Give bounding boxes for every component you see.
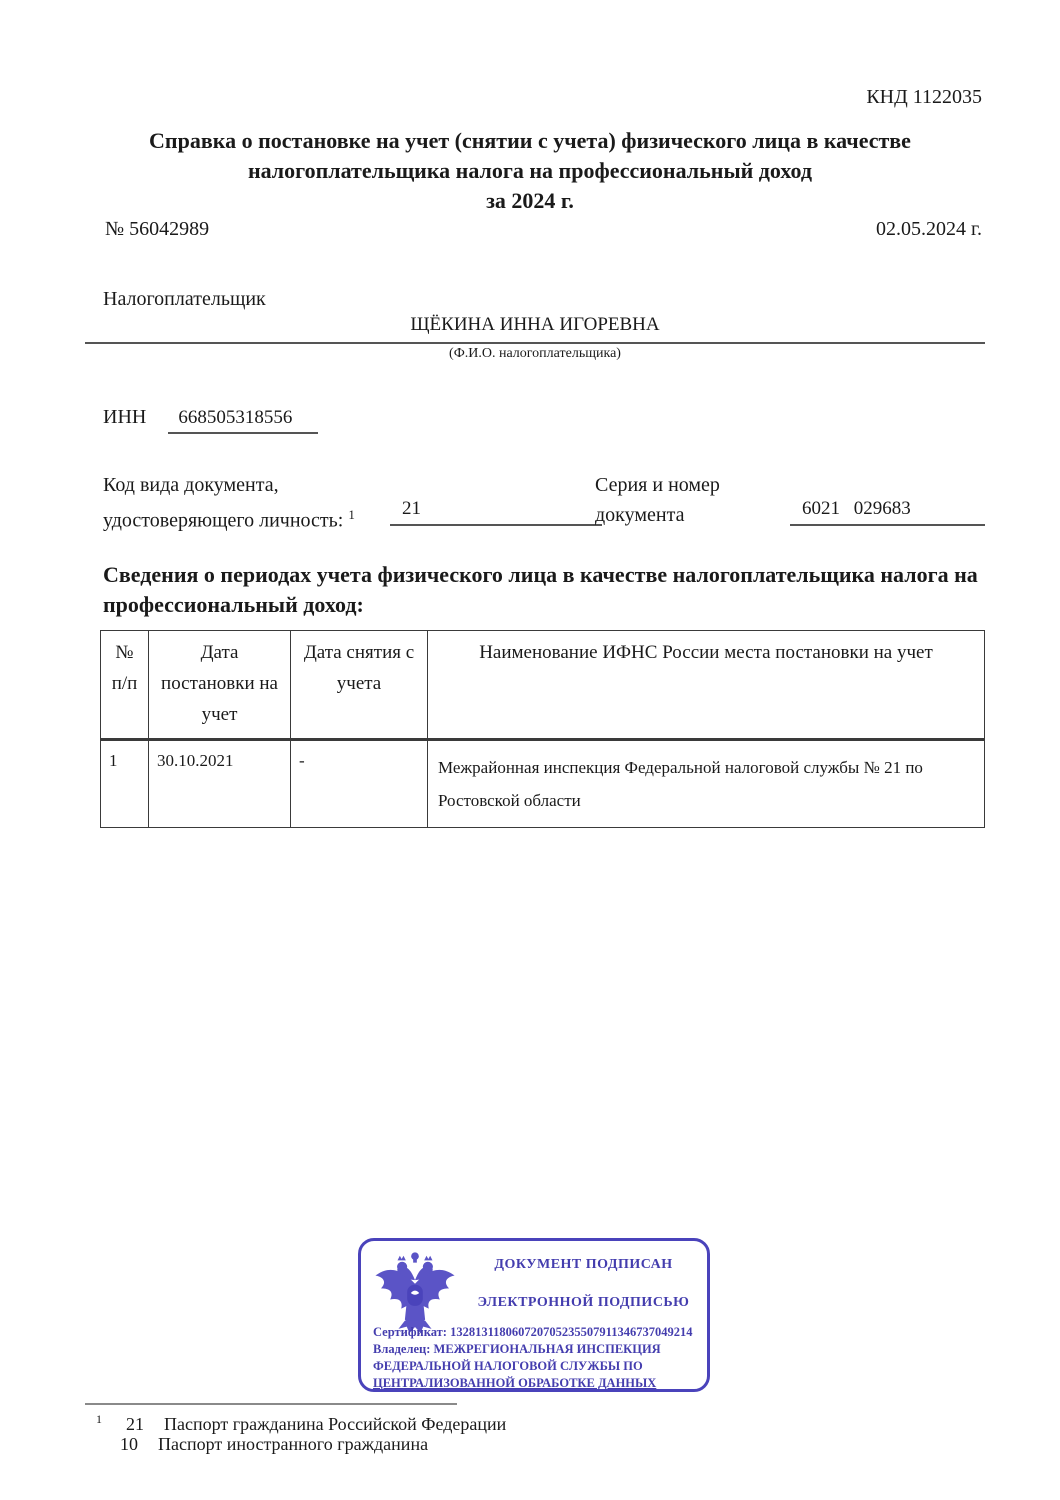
- identity-doc-series-label: Серия и номер документа: [595, 470, 765, 530]
- document-title: Справка о постановке на учет (снятии с у…: [0, 126, 1060, 216]
- inn-label: ИНН: [103, 406, 146, 428]
- cell-reg-date: 30.10.2021: [149, 740, 291, 828]
- stamp-owner-line-3: ЦЕНТРАЛИЗОВАННОЙ ОБРАБОТКЕ ДАННЫХ: [373, 1376, 656, 1391]
- identity-doc-series-value: 6021 029683: [790, 498, 985, 526]
- footnote-item-passport-rf: 121Паспорт гражданина Российской Федерац…: [96, 1412, 506, 1435]
- periods-section-heading: Сведения о периодах учета физического ли…: [103, 560, 993, 620]
- knd-form-code: КНД 1122035: [866, 86, 982, 109]
- title-line-3: за 2024 г.: [0, 186, 1060, 216]
- cell-num: 1: [101, 740, 149, 828]
- stamp-owner-line-2: ФЕДЕРАЛЬНОЙ НАЛОГОВОЙ СЛУЖБЫ ПО: [373, 1359, 643, 1374]
- registration-periods-table: № п/п Дата постановки на учет Дата сняти…: [100, 630, 985, 828]
- footnote-marker: 1: [96, 1412, 102, 1426]
- footnote-separator: [85, 1403, 457, 1405]
- inn-value: 668505318556: [168, 407, 318, 434]
- footnote-label: Паспорт иностранного гражданина: [158, 1434, 428, 1454]
- col-header-ifns: Наименование ИФНС России места постановк…: [428, 631, 985, 740]
- stamp-title-line-2: ЭЛЕКТРОННОЙ ПОДПИСЬЮ: [466, 1295, 701, 1311]
- taxpayer-name-caption: (Ф.И.О. налогоплательщика): [85, 346, 985, 362]
- cell-ifns-name: Межрайонная инспекция Федеральной налого…: [428, 740, 985, 828]
- identity-doc-code-label: Код вида документа, удостоверяющего личн…: [103, 470, 413, 536]
- stamp-certificate-number: Сертификат: 1328131180607207052355079113…: [373, 1325, 703, 1340]
- footnote-label: Паспорт гражданина Российской Федерации: [164, 1414, 506, 1434]
- footnote-code: 21: [126, 1414, 164, 1435]
- taxpayer-name: ЩЁКИНА ИННА ИГОРЕВНА: [85, 314, 985, 344]
- identity-doc-code-value: 21: [390, 498, 602, 526]
- document-number-row: 02.05.2024 г. № 56042989: [105, 218, 982, 241]
- col-header-num: № п/п: [101, 631, 149, 740]
- document-number: № 56042989: [105, 218, 209, 240]
- title-line-2: налогоплательщика налога на профессионал…: [0, 156, 1060, 186]
- inn-row: ИНН668505318556: [103, 406, 318, 434]
- document-date: 02.05.2024 г.: [876, 218, 982, 241]
- electronic-signature-stamp: ДОКУМЕНТ ПОДПИСАН ЭЛЕКТРОННОЙ ПОДПИСЬЮ С…: [358, 1238, 710, 1392]
- title-line-1: Справка о постановке на учет (снятии с у…: [0, 126, 1060, 156]
- footnote-code: 10: [120, 1434, 158, 1455]
- table-header-row: № п/п Дата постановки на учет Дата сняти…: [101, 631, 985, 740]
- footnote-reference: 1: [348, 507, 355, 522]
- certificate-page: КНД 1122035 Справка о постановке на учет…: [0, 0, 1060, 1500]
- stamp-owner-line-1: Владелец: МЕЖРЕГИОНАЛЬНАЯ ИНСПЕКЦИЯ: [373, 1342, 661, 1357]
- table-row: 1 30.10.2021 - Межрайонная инспекция Фед…: [101, 740, 985, 828]
- col-header-dereg-date: Дата снятия с учета: [291, 631, 428, 740]
- stamp-title-line-1: ДОКУМЕНТ ПОДПИСАН: [466, 1257, 701, 1273]
- taxpayer-label: Налогоплательщик: [103, 288, 266, 311]
- cell-dereg-date: -: [291, 740, 428, 828]
- col-header-reg-date: Дата постановки на учет: [149, 631, 291, 740]
- footnote-item-passport-foreign: 10Паспорт иностранного гражданина: [96, 1434, 428, 1455]
